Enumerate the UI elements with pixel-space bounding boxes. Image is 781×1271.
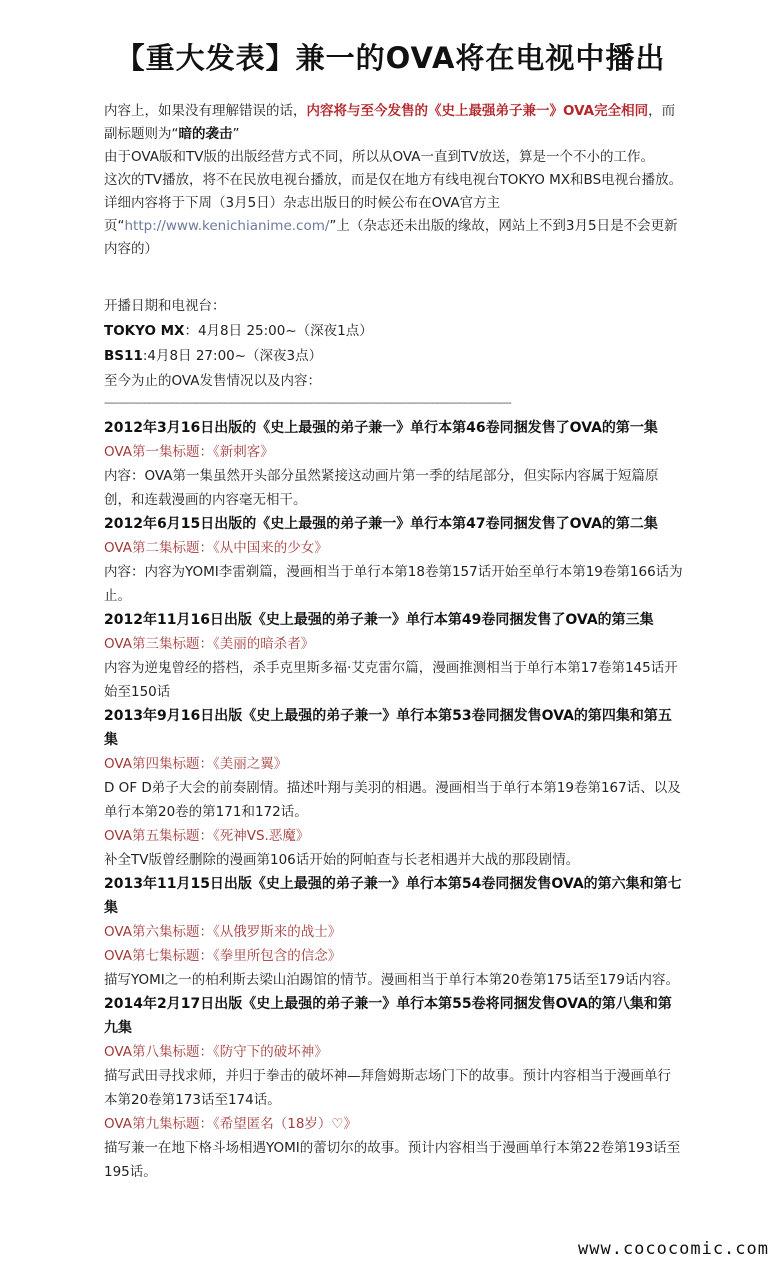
episode-label: OVA第二集标题： xyxy=(104,540,213,556)
episode-label: OVA第六集标题： xyxy=(104,924,213,940)
episode-title: OVA第一集标题：《新刺客》 xyxy=(104,440,684,464)
episode-title: OVA第八集标题：《防守下的破坏神》 xyxy=(104,1040,684,1064)
separator: ： xyxy=(184,323,198,339)
air-time: 4月8日 25:00~（深夜1点） xyxy=(198,323,373,339)
divider: ----------------------------------------… xyxy=(104,394,664,412)
episode-title: OVA第二集标题：《从中国来的少女》 xyxy=(104,536,684,560)
release-heading: 2013年9月16日出版《史上最强的弟子兼一》单行本第53卷同捆发售OVA的第四… xyxy=(104,704,684,752)
release-section: 2014年2月17日出版《史上最强的弟子兼一》单行本第55卷将同捆发售OVA的第… xyxy=(104,992,684,1184)
intro-paragraph-1: 内容上，如果没有理解错误的话，内容将与至今发售的《史上最强弟子兼一》OVA完全相… xyxy=(104,100,684,146)
episode-description: 描写武田寻找求师，并归于拳击的破坏神—拜詹姆斯志场门下的故事。预计内容相当于漫画… xyxy=(104,1064,684,1112)
schedule-item-bs11: BS11:4月8日 27:00~（深夜3点） xyxy=(104,344,684,369)
episode-name: 《新刺客》 xyxy=(213,444,274,460)
release-heading: 2012年3月16日出版的《史上最强的弟子兼一》单行本第46卷同捆发售了OVA的… xyxy=(104,416,684,440)
watermark: www.cococomic.com xyxy=(578,1239,769,1259)
episode-description: 描写YOMI之一的柏利斯去梁山泊踢馆的情节。漫画相当于单行本第20卷第175话至… xyxy=(104,968,684,992)
episode-name: 《死神VS.恶魔》 xyxy=(213,828,309,844)
release-section: 2013年11月15日出版《史上最强的弟子兼一》单行本第54卷同捆发售OVA的第… xyxy=(104,872,684,992)
episode-label: OVA第七集标题： xyxy=(104,948,213,964)
intro-text: 内容上，如果没有理解错误的话， xyxy=(104,103,307,119)
episode-label: OVA第三集标题： xyxy=(104,636,213,652)
intro-text: ” xyxy=(233,126,240,142)
release-heading: 2012年6月15日出版的《史上最强的弟子兼一》单行本第47卷同捆发售了OVA的… xyxy=(104,512,684,536)
release-section: 2012年11月16日出版《史上最强的弟子兼一》单行本第49卷同捆发售了OVA的… xyxy=(104,608,684,704)
spacer xyxy=(104,284,684,294)
episode-title: OVA第四集标题：《美丽之翼》 xyxy=(104,752,684,776)
episode-description: 内容：OVA第一集虽然开头部分虽然紧接这动画片第一季的结尾部分，但实际内容属于短… xyxy=(104,464,684,512)
episode-title: OVA第六集标题：《从俄罗斯来的战士》 xyxy=(104,920,684,944)
episode-title: OVA第五集标题：《死神VS.恶魔》 xyxy=(104,824,684,848)
episode-description: 内容为逆鬼曾经的搭档，杀手克里斯多福·艾克雷尔篇，漫画推测相当于单行本第17卷第… xyxy=(104,656,684,704)
episode-label: OVA第四集标题： xyxy=(104,756,213,772)
episode-description: D OF D弟子大会的前奏剧情。描述叶翔与美羽的相遇。漫画相当于单行本第19卷第… xyxy=(104,776,684,824)
episode-name: 《拳里所包含的信念》 xyxy=(213,948,341,964)
release-heading: 2013年11月15日出版《史上最强的弟子兼一》单行本第54卷同捆发售OVA的第… xyxy=(104,872,684,920)
page-title: 【重大发表】兼一的OVA将在电视中播出 xyxy=(0,36,781,77)
ova-heading: 至今为止的OVA发售情况以及内容： xyxy=(104,369,684,394)
episode-title: OVA第九集标题：《希望匿名（18岁）♡》 xyxy=(104,1112,684,1136)
episode-label: OVA第五集标题： xyxy=(104,828,213,844)
release-section: 2012年6月15日出版的《史上最强的弟子兼一》单行本第47卷同捆发售了OVA的… xyxy=(104,512,684,608)
episode-label: OVA第八集标题： xyxy=(104,1044,213,1060)
episode-description: 描写兼一在地下格斗场相遇YOMI的蕾切尔的故事。预计内容相当于漫画单行本第22卷… xyxy=(104,1136,684,1184)
episode-title: OVA第三集标题：《美丽的暗杀者》 xyxy=(104,632,684,656)
highlight-text: 内容将与至今发售的《史上最强弟子兼一》OVA完全相同 xyxy=(307,103,649,119)
official-site-link[interactable]: http://www.kenichianime.com/ xyxy=(125,218,330,234)
subtitle-text: 暗的袭击 xyxy=(179,126,233,142)
intro-paragraph-2: 由于OVA版和TV版的出版经营方式不同，所以从OVA一直到TV放送，算是一个不小… xyxy=(104,146,684,169)
episode-description: 内容：内容为YOMI李雷剃篇，漫画相当于单行本第18卷第157话开始至单行本第1… xyxy=(104,560,684,608)
release-heading: 2014年2月17日出版《史上最强的弟子兼一》单行本第55卷将同捆发售OVA的第… xyxy=(104,992,684,1040)
episode-name: 《防守下的破坏神》 xyxy=(213,1044,328,1060)
episode-title: OVA第七集标题：《拳里所包含的信念》 xyxy=(104,944,684,968)
episode-label: OVA第九集标题： xyxy=(104,1116,213,1132)
episode-description: 补全TV版曾经删除的漫画第106话开始的阿帕查与长老相遇并大战的那段剧情。 xyxy=(104,848,684,872)
episode-name: 《从中国来的少女》 xyxy=(213,540,328,556)
air-time: 4月8日 27:00~（深夜3点） xyxy=(147,348,322,364)
article-body: 内容上，如果没有理解错误的话，内容将与至今发售的《史上最强弟子兼一》OVA完全相… xyxy=(104,100,684,1184)
episode-name: 《美丽之翼》 xyxy=(213,756,287,772)
release-section: 2012年3月16日出版的《史上最强的弟子兼一》单行本第46卷同捆发售了OVA的… xyxy=(104,416,684,512)
schedule-heading: 开播日期和电视台： xyxy=(104,294,684,319)
episode-name: 《希望匿名（18岁）♡》 xyxy=(213,1116,357,1132)
station-name: TOKYO MX xyxy=(104,323,184,339)
schedule-item-tokyo-mx: TOKYO MX：4月8日 25:00~（深夜1点） xyxy=(104,319,684,344)
release-section: 2013年9月16日出版《史上最强的弟子兼一》单行本第53卷同捆发售OVA的第四… xyxy=(104,704,684,872)
episode-name: 《美丽的暗杀者》 xyxy=(213,636,314,652)
episode-name: 《从俄罗斯来的战士》 xyxy=(213,924,341,940)
station-name: BS11 xyxy=(104,348,143,364)
spacer xyxy=(104,261,684,284)
episode-label: OVA第一集标题： xyxy=(104,444,213,460)
intro-paragraph-3: 这次的TV播放，将不在民放电视台播放，而是仅在地方有线电视台TOKYO MX和B… xyxy=(104,169,684,261)
release-heading: 2012年11月16日出版《史上最强的弟子兼一》单行本第49卷同捆发售了OVA的… xyxy=(104,608,684,632)
